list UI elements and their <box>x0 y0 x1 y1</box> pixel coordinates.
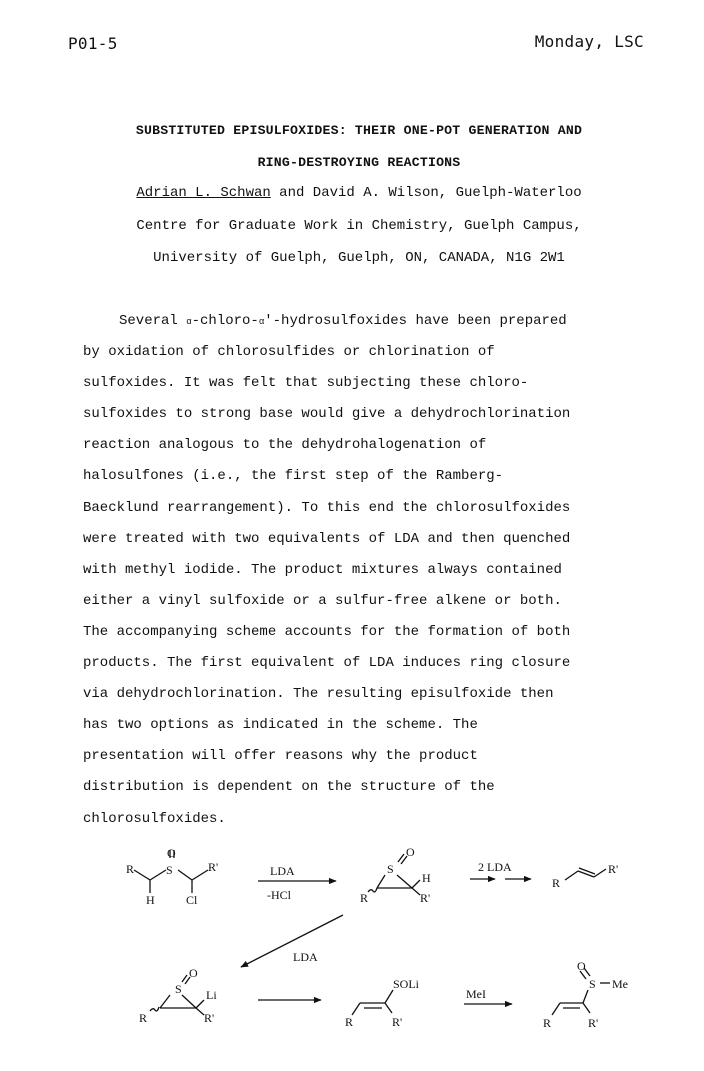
reagent-label: 2 LDA <box>478 860 512 874</box>
atom-label: Li <box>206 988 217 1002</box>
reaction-scheme: O R S R' H Cl LDA -HCl O S H R R' 2 LDA … <box>0 0 704 1071</box>
reagent-label: LDA <box>293 950 318 964</box>
atom-label: H <box>146 893 155 907</box>
atom-label: O <box>189 966 198 980</box>
alkene-structure <box>565 868 606 880</box>
atom-label: H <box>422 871 431 885</box>
atom-label: R <box>345 1015 353 1029</box>
atom-label: R <box>360 891 368 905</box>
atom-label: R' <box>204 1011 214 1025</box>
reaction-arrow <box>241 915 343 967</box>
atom-label: R <box>126 862 134 876</box>
atom-label: R' <box>420 891 430 905</box>
atom-label: R' <box>608 862 618 876</box>
atom-label: S <box>387 862 394 876</box>
atom-label: Me <box>612 977 628 991</box>
reagent-label: MeI <box>466 987 486 1001</box>
atom-label: R' <box>208 860 218 874</box>
atom-label: O <box>406 845 415 859</box>
atom-label: R <box>552 876 560 890</box>
episulfoxide-structure <box>368 854 420 895</box>
reagent-label: LDA <box>270 864 295 878</box>
group-label: SOLi <box>393 977 420 991</box>
atom-label: O <box>577 959 586 973</box>
atom-label: R <box>543 1016 551 1030</box>
atom-label: O <box>167 846 176 860</box>
atom-label: Cl <box>186 893 198 907</box>
atom-label: S <box>589 977 596 991</box>
condition-label: -HCl <box>267 888 292 902</box>
atom-label: S <box>175 982 182 996</box>
atom-label: R' <box>588 1016 598 1030</box>
atom-label: R' <box>392 1015 402 1029</box>
vinyl-sulfenate-structure <box>352 990 393 1015</box>
atom-label: S <box>166 863 173 877</box>
vinyl-sulfoxide-structure <box>552 968 610 1015</box>
atom-label: R <box>139 1011 147 1025</box>
